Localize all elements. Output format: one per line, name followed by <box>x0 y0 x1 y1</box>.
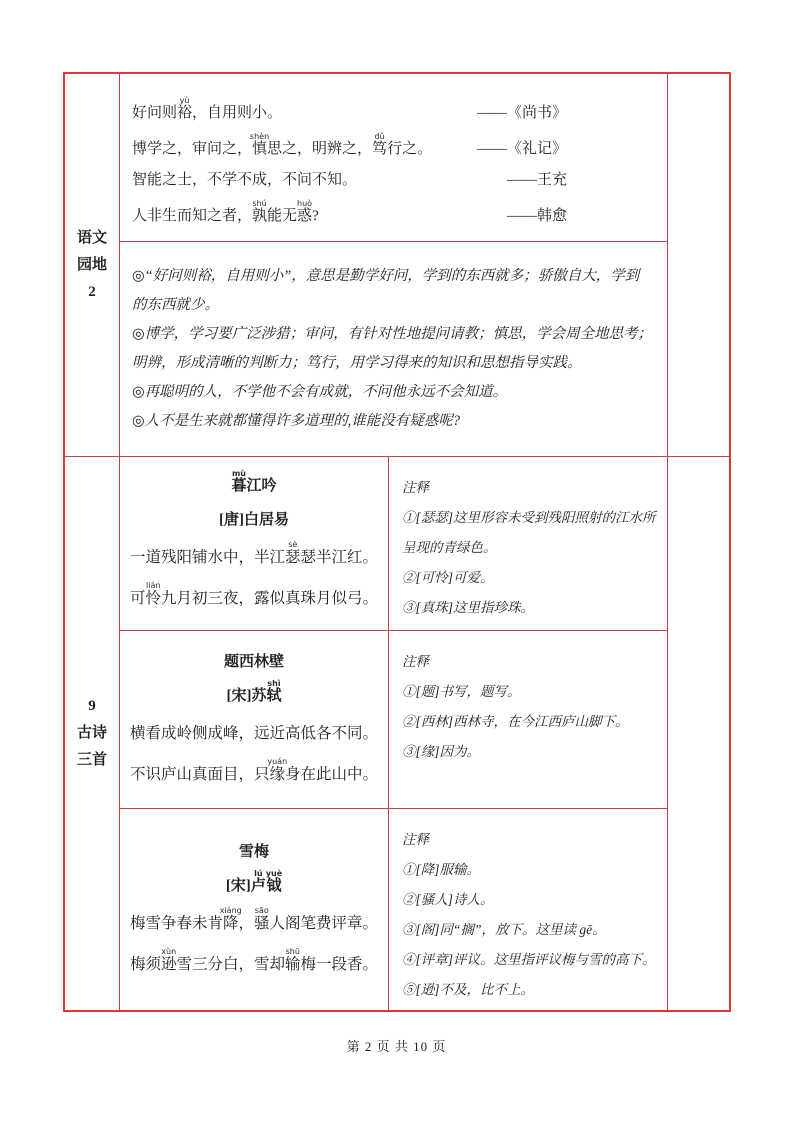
explanation-item: ◎博学，学习要广泛涉猎；审问，有针对性地提问请教；慎思，学会周全地思考；明辨，形… <box>132 320 653 378</box>
quote-source: ——韩愈 <box>507 204 567 225</box>
poem-block: 雪梅 [宋]卢lú钺yuè 梅雪争春未肯降xiáng，骚sāo人阁笔费评章。 梅… <box>120 809 389 1010</box>
quote-line: 人非生而知之者，孰shú能无惑huò? ——韩愈 <box>132 199 567 225</box>
section-label-line: 9 <box>88 693 96 720</box>
empty-column-cell <box>667 457 729 1010</box>
quotes-block: 好问则裕yù，自用则小。 ——《尚书》 博学之，审问之，慎shèn思之，明辨之，… <box>120 74 667 242</box>
poem-row-xuemei: 雪梅 [宋]卢lú钺yuè 梅雪争春未肯降xiáng，骚sāo人阁笔费评章。 梅… <box>120 809 667 1010</box>
poem-block: 题西林壁 [宋]苏轼shì 横看成岭侧成峰，远近高低各不同。 不识庐山真面目，只… <box>120 631 389 808</box>
poem-line: 梅雪争春未肯降xiáng，骚sāo人阁笔费评章。 <box>130 903 378 944</box>
poem-row-tixilinbi: 题西林壁 [宋]苏轼shì 横看成岭侧成峰，远近高低各不同。 不识庐山真面目，只… <box>120 631 667 809</box>
annotation-item: ④[评章]评议。这里指评议梅与雪的高下。 <box>402 945 659 975</box>
poem-author: [唐]白居易 <box>219 503 289 537</box>
poem-block: 暮mù江吟 [唐]白居易 一道残阳铺水中，半江瑟sè瑟半江红。 可怜lián九月… <box>120 457 389 630</box>
quote-line: 好问则裕yù，自用则小。 ——《尚书》 <box>132 96 567 122</box>
empty-column-cell <box>667 74 729 456</box>
explanation-item: ◎再聪明的人，不学他不会有成就，不问他永远不会知道。 <box>132 378 653 407</box>
annotations-block: 注释 ①[瑟瑟]这里形容未受到残阳照射的江水所呈现的青绿色。 ②[可怜]可爱。 … <box>389 457 667 630</box>
quote-text: 博学之，审问之，慎shèn思之，明辨之，笃dǔ行之。 <box>132 132 432 158</box>
section-label-line: 三首 <box>77 747 107 774</box>
section-gushi-sanshou: 9 古诗 三首 暮mù江吟 [唐]白居易 一道残阳铺水中，半江瑟sè瑟半江红。 … <box>65 456 729 1010</box>
poem-author: [宋]卢lú钺yuè <box>226 869 282 903</box>
poem-title: 雪梅 <box>239 835 269 869</box>
annotations-title: 注释 <box>402 647 659 677</box>
poem-line: 一道残阳铺水中，半江瑟sè瑟半江红。 <box>130 537 378 578</box>
annotation-item: ③[缘]因为。 <box>402 737 659 767</box>
annotations-block: 注释 ①[降]服输。 ②[骚人]诗人。 ③[阁]同“搁”，放下。这里读 gē。 … <box>389 809 667 1010</box>
poems-content: 暮mù江吟 [唐]白居易 一道残阳铺水中，半江瑟sè瑟半江红。 可怜lián九月… <box>120 457 667 1010</box>
poem-line: 可怜lián九月初三夜，露似真珠月似弓。 <box>130 578 378 619</box>
quote-text: 好问则裕yù，自用则小。 <box>132 96 282 122</box>
section-label-gushi-sanshou: 9 古诗 三首 <box>65 457 120 1010</box>
quote-source: ——王充 <box>507 168 567 189</box>
annotation-item: ③[真珠]这里指珍珠。 <box>402 593 659 623</box>
explanation-item: ◎“好问则裕，自用则小”，意思是勤学好问，学到的东西就多；骄傲自大，学到的东西就… <box>132 262 653 320</box>
quote-line: 博学之，审问之，慎shèn思之，明辨之，笃dǔ行之。 ——《礼记》 <box>132 132 567 158</box>
quote-line: 智能之士，不学不成，不问不知。 ——王充 <box>132 168 567 189</box>
section-label-line: 园地 <box>77 252 107 279</box>
quote-source: ——《尚书》 <box>477 101 567 122</box>
annotation-item: ②[西林]西林寺，在今江西庐山脚下。 <box>402 707 659 737</box>
quote-text: 人非生而知之者，孰shú能无惑huò? <box>132 199 319 225</box>
section-content: 好问则裕yù，自用则小。 ——《尚书》 博学之，审问之，慎shèn思之，明辨之，… <box>120 74 667 456</box>
poem-title: 题西林壁 <box>224 645 284 679</box>
annotation-item: ①[题]书写，题写。 <box>402 677 659 707</box>
annotation-item: ①[瑟瑟]这里形容未受到残阳照射的江水所呈现的青绿色。 <box>402 503 659 563</box>
annotation-item: ②[可怜]可爱。 <box>402 563 659 593</box>
section-label-yuwen-yuandi: 语文 园地 2 <box>65 74 120 456</box>
poem-row-mujiangyin: 暮mù江吟 [唐]白居易 一道残阳铺水中，半江瑟sè瑟半江红。 可怜lián九月… <box>120 457 667 631</box>
section-yuwen-yuandi-2: 语文 园地 2 好问则裕yù，自用则小。 ——《尚书》 博学之，审问之，慎shè… <box>65 74 729 456</box>
annotations-block: 注释 ①[题]书写，题写。 ②[西林]西林寺，在今江西庐山脚下。 ③[缘]因为。 <box>389 631 667 808</box>
annotation-item: ①[降]服输。 <box>402 855 659 885</box>
annotations-title: 注释 <box>402 473 659 503</box>
section-label-line: 语文 <box>77 225 107 252</box>
poem-line: 不识庐山真面目，只缘yuán身在此山中。 <box>130 754 378 795</box>
poem-title: 暮mù江吟 <box>231 469 276 503</box>
annotation-item: ③[阁]同“搁”，放下。这里读 gē。 <box>402 915 659 945</box>
page-footer: 第 2 页 共 10 页 <box>0 1036 793 1055</box>
explanations-block: ◎“好问则裕，自用则小”，意思是勤学好问，学到的东西就多；骄傲自大，学到的东西就… <box>120 242 667 456</box>
annotation-item: ②[骚人]诗人。 <box>402 885 659 915</box>
poem-author: [宋]苏轼shì <box>226 679 281 713</box>
quote-source: ——《礼记》 <box>477 137 567 158</box>
poem-line: 梅须逊xùn雪三分白，雪却输shū梅一段香。 <box>130 944 378 985</box>
annotation-item: ⑤[逊]不及，比不上。 <box>402 975 659 1005</box>
explanation-item: ◎人不是生来就都懂得许多道理的,谁能没有疑惑呢? <box>132 407 653 436</box>
annotations-title: 注释 <box>402 825 659 855</box>
section-label-line: 古诗 <box>77 720 107 747</box>
quote-text: 智能之士，不学不成，不问不知。 <box>132 168 357 189</box>
document-table: 语文 园地 2 好问则裕yù，自用则小。 ——《尚书》 博学之，审问之，慎shè… <box>63 72 731 1012</box>
section-label-line: 2 <box>88 279 96 306</box>
poem-line: 横看成岭侧成峰，远近高低各不同。 <box>130 713 378 754</box>
